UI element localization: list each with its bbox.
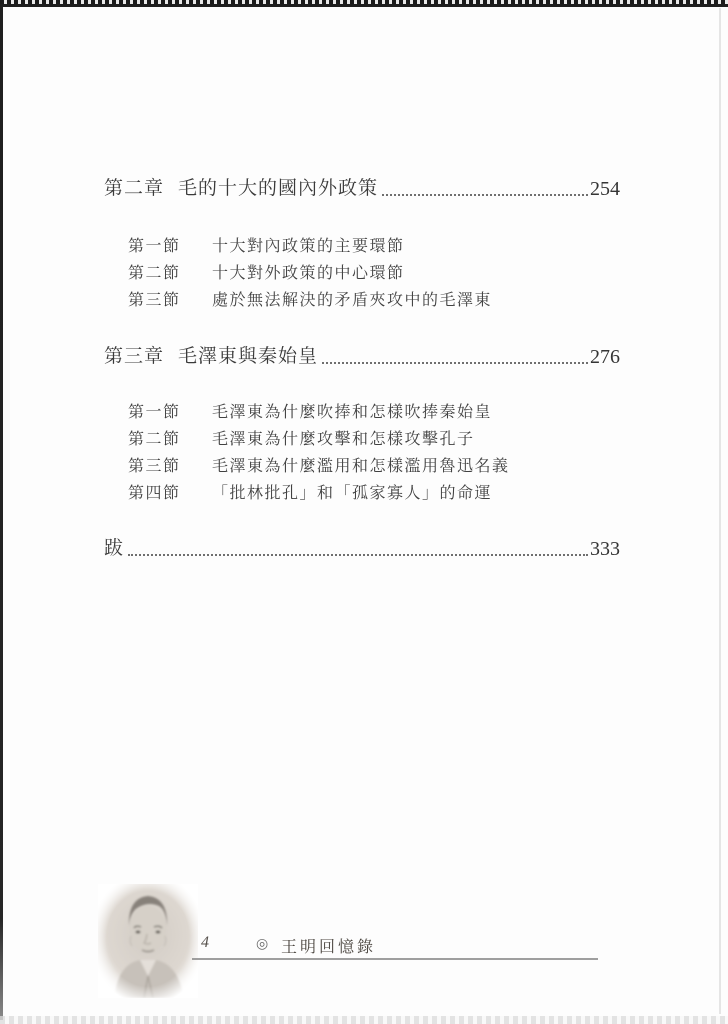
section-title: 毛澤東為什麼濫用和怎樣濫用魯迅名義 <box>212 456 510 478</box>
chapter-row: 第三章 毛澤東與秦始皇 276 <box>104 344 620 370</box>
section-row: 第二節 毛澤東為什麼攻擊和怎樣攻擊孔子 <box>128 429 475 451</box>
backmatter-title: 跋 <box>104 536 124 562</box>
chapter-row: 第二章 毛的十大的國內外政策 254 <box>104 176 620 202</box>
footer-rule <box>192 958 598 960</box>
section-row: 第四節 「批林批孔」和「孤家寡人」的命運 <box>128 483 492 505</box>
chapter-page-number: 276 <box>590 344 620 370</box>
section-row: 第一節 毛澤東為什麼吹捧和怎樣吹捧秦始皇 <box>128 402 492 424</box>
dot-leader <box>128 554 588 556</box>
section-title: 處於無法解決的矛盾夾攻中的毛澤東 <box>212 290 492 312</box>
backmatter-row: 跋 333 <box>104 536 620 562</box>
section-label: 第二節 <box>128 429 212 451</box>
section-row: 第三節 處於無法解決的矛盾夾攻中的毛澤東 <box>128 290 492 312</box>
section-label: 第三節 <box>128 456 212 478</box>
chapter-title: 毛澤東與秦始皇 <box>178 344 318 370</box>
dot-leader <box>322 362 588 364</box>
section-label: 第一節 <box>128 402 212 424</box>
section-label: 第三節 <box>128 290 212 312</box>
chapter-label: 第三章 <box>104 344 164 370</box>
section-title: 「批林批孔」和「孤家寡人」的命運 <box>212 483 492 505</box>
page-bottom-edge <box>0 1016 728 1024</box>
chapter-page-number: 254 <box>590 176 620 202</box>
section-title: 毛澤東為什麼攻擊和怎樣攻擊孔子 <box>212 429 475 451</box>
section-row: 第二節 十大對外政策的中心環節 <box>128 263 405 285</box>
chapter-title: 毛的十大的國內外政策 <box>178 176 378 202</box>
book-toc-page: 第二章 毛的十大的國內外政策 254 第一節 十大對內政策的主要環節 第二節 十… <box>0 0 728 1024</box>
wang-ming-portrait-photo <box>98 884 198 998</box>
double-circle-marker-icon: ◎ <box>256 936 268 952</box>
section-title: 毛澤東為什麼吹捧和怎樣吹捧秦始皇 <box>212 402 492 424</box>
backmatter-page-number: 333 <box>590 536 620 562</box>
section-row: 第三節 毛澤東為什麼濫用和怎樣濫用魯迅名義 <box>128 456 510 478</box>
section-label: 第四節 <box>128 483 212 505</box>
footer-page-number: 4 <box>201 934 209 952</box>
page-top-edge <box>0 0 728 7</box>
footer-book-title: 王明回憶錄 <box>281 934 376 957</box>
section-label: 第二節 <box>128 263 212 285</box>
section-title: 十大對內政策的主要環節 <box>212 236 405 258</box>
portrait-illustration <box>98 884 198 998</box>
page-right-edge <box>719 8 721 1014</box>
dot-leader <box>382 194 588 196</box>
chapter-label: 第二章 <box>104 176 164 202</box>
page-left-edge <box>0 6 3 1020</box>
section-title: 十大對外政策的中心環節 <box>212 263 405 285</box>
section-row: 第一節 十大對內政策的主要環節 <box>128 236 405 258</box>
section-label: 第一節 <box>128 236 212 258</box>
